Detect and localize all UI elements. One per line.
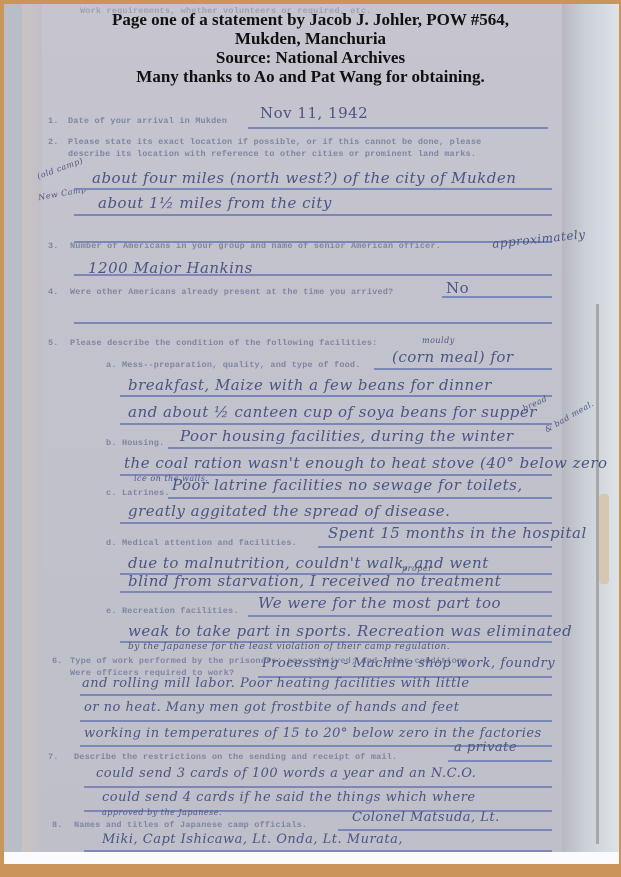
q6-number: 6. xyxy=(52,656,63,666)
q5e-letter: e. xyxy=(106,606,117,616)
q5c-answer-2: greatly aggitated the spread of disease. xyxy=(128,502,450,520)
q7-label: Describe the restrictions on the sending… xyxy=(74,752,397,762)
q1-label: Date of your arrival in Mukden xyxy=(68,116,227,126)
caption-overlay: Page one of a statement by Jacob J. Johl… xyxy=(0,10,621,86)
q3-number: 3. xyxy=(48,241,59,251)
q6-answer-1: Processing - Machine shop work, foundry xyxy=(262,656,555,671)
q5b-answer-2: the coal ration wasn't enough to heat st… xyxy=(124,454,608,472)
caption-line-2: Mukden, Manchuria xyxy=(0,29,621,48)
q5-label: Please describe the condition of the fol… xyxy=(70,338,377,348)
q5c-letter: c. xyxy=(106,488,117,498)
q5e-line-1 xyxy=(248,615,552,617)
q6-line-3 xyxy=(80,720,552,722)
q5d-letter: d. xyxy=(106,538,117,548)
q7-line-2 xyxy=(84,786,552,788)
caption-line-1: Page one of a statement by Jacob J. Johl… xyxy=(0,10,621,29)
q5d-answer-1: Spent 15 months in the hospital xyxy=(328,524,587,542)
q7-number: 7. xyxy=(48,752,59,762)
photo-bottom-margin xyxy=(4,852,619,864)
q8-answer-1: Colonel Matsuda, Lt. xyxy=(352,810,500,825)
q2-margin-note-old-camp: (old camp) xyxy=(36,156,84,181)
q5d-line-3 xyxy=(120,591,552,593)
q6-line-2 xyxy=(80,694,552,696)
q2-answer-2: about 1½ miles from the city xyxy=(98,194,332,212)
q7-answer-3: could send 4 cards if he said the things… xyxy=(102,790,476,805)
q4-number: 4. xyxy=(48,287,59,297)
q5a-answer-2: breakfast, Maize with a few beans for di… xyxy=(128,376,492,394)
q7-answer-4: approved by the Japanese. xyxy=(102,808,222,817)
q5a-line-3 xyxy=(120,423,552,425)
q5b-label: Housing. xyxy=(122,438,164,448)
document-photo: Work requirements, whether volunteers or… xyxy=(4,4,619,864)
q8-label: Names and titles of Japanese camp offici… xyxy=(74,820,307,830)
q5a-line-2 xyxy=(120,395,552,397)
q5e-label: Recreation facilities. xyxy=(122,606,239,616)
q5b-line-1 xyxy=(168,447,552,449)
q5a-letter: a. xyxy=(106,360,117,370)
q5c-answer-1: Poor latrine facilities no sewage for to… xyxy=(172,476,523,494)
q5a-answer-3: and about ½ canteen cup of soya beans fo… xyxy=(128,403,537,421)
photo-frame: Work requirements, whether volunteers or… xyxy=(0,0,621,877)
q1-answer-line xyxy=(248,127,548,129)
q2-answer-1: about four miles (north west?) of the ci… xyxy=(92,169,516,187)
q5a-insert: mouldy xyxy=(422,336,455,345)
q2-line-1 xyxy=(74,188,552,190)
q7-line-1 xyxy=(448,760,552,762)
q5e-answer-1: We were for the most part too xyxy=(258,594,501,612)
q5a-label: Mess--preparation, quality, and type of … xyxy=(122,360,361,370)
q2-label-1: Please state its exact location if possi… xyxy=(68,137,481,147)
caption-line-4: Many thanks to Ao and Pat Wang for obtai… xyxy=(0,67,621,86)
q5c-line-1 xyxy=(168,497,552,499)
q6-answer-3: or no heat. Many men got frostbite of ha… xyxy=(84,700,459,715)
q5a-answer-1: (corn meal) for xyxy=(392,348,514,366)
sheet-left-edge xyxy=(22,4,42,852)
q5b-letter: b. xyxy=(106,438,117,448)
statement-form-sheet: Work requirements, whether volunteers or… xyxy=(22,4,562,852)
q5d-label: Medical attention and facilities. xyxy=(122,538,297,548)
q8-number: 8. xyxy=(52,820,63,830)
q6-answer-4: working in temperatures of 15 to 20° bel… xyxy=(84,726,542,741)
q8-line-1 xyxy=(338,829,552,831)
q7-answer-2: could send 3 cards of 100 words a year a… xyxy=(96,766,476,781)
q5d-line-1 xyxy=(318,546,552,548)
q5d-answer-2: due to malnutrition, couldn't walk, and … xyxy=(128,554,489,572)
caption-line-3: Source: National Archives xyxy=(0,48,621,67)
q5b-answer-1: Poor housing facilities, during the wint… xyxy=(180,427,514,445)
q1-number: 1. xyxy=(48,116,59,126)
underlying-page-edge xyxy=(562,4,619,852)
q2-label-2: describe its location with reference to … xyxy=(68,149,476,159)
paper-tab xyxy=(599,494,609,584)
q4-label: Were other Americans already present at … xyxy=(70,287,393,297)
q5-number: 5. xyxy=(48,338,59,348)
q7-answer-1: a private xyxy=(454,740,517,755)
q3-line xyxy=(74,274,552,276)
q2-number: 2. xyxy=(48,137,59,147)
q5d-answer-3: blind from starvation, I received no tre… xyxy=(128,572,501,590)
q5e-answer-3: by the Japanese for the least violation … xyxy=(128,642,450,652)
q5a-line-1 xyxy=(374,368,552,370)
q1-answer: Nov 11, 1942 xyxy=(260,104,368,122)
q6-answer-2: and rolling mill labor. Poor heating fac… xyxy=(82,676,470,691)
q2-line-2 xyxy=(74,214,552,216)
q3-label: Number of Americans in your group and na… xyxy=(70,241,441,251)
q5e-answer-2: weak to take part in sports. Recreation … xyxy=(128,622,572,640)
q4-answer: No xyxy=(446,279,469,297)
q4-line-2 xyxy=(74,322,552,324)
q5c-label: Latrines. xyxy=(122,488,170,498)
q8-answer-2: Miki, Capt Ishicawa, Lt. Onda, Lt. Murat… xyxy=(102,832,403,847)
